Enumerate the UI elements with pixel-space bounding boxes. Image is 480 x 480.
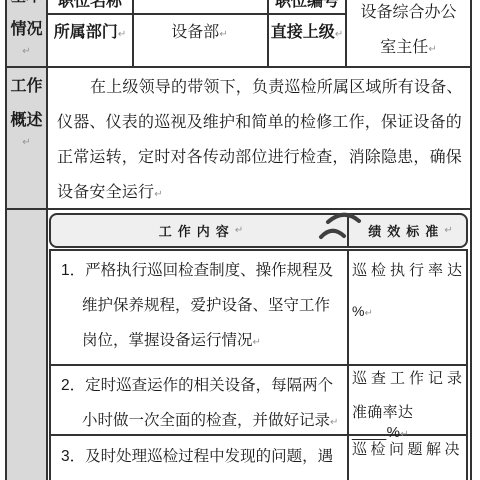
table-right-border bbox=[470, 0, 472, 480]
standard-1-line1: 巡检执行率达 bbox=[352, 261, 466, 281]
basic-info-section-label-line1: 基本 bbox=[7, 0, 46, 7]
supervisor-value-line1: 设备综合办公 bbox=[347, 3, 470, 23]
section-label-column bbox=[7, 0, 46, 480]
supervisor-value-line2: 室主任↵ bbox=[347, 38, 470, 60]
standard-2-line1: 巡查工作记录 bbox=[352, 369, 466, 389]
basic-info-bottom-border bbox=[5, 66, 472, 68]
duty-item-1: 1．严格执行巡回检查制度、操作规程及维护保养规程，爱护设备、坚守工作岗位，掌握设… bbox=[61, 253, 344, 360]
table-left-border bbox=[5, 0, 7, 480]
position-code-label-clipped: 职位编号 bbox=[269, 0, 345, 13]
standard-3-line1: 巡检问题解决 bbox=[352, 440, 466, 460]
annotation-arc-bottom bbox=[321, 231, 344, 237]
basic-info-row-divider bbox=[48, 13, 347, 15]
handwritten-annotation-marks bbox=[300, 203, 380, 248]
annotation-arc-top bbox=[328, 215, 359, 222]
department-label: 所属部门↵ bbox=[48, 23, 132, 45]
job-description-document: 基本 情况↵ 职位名称 职位编号 所属部门↵ 设备部↵ 直接上级↵ 设备综合办公… bbox=[0, 0, 480, 480]
standard-2-line2: 准确率达____%↵ bbox=[352, 403, 466, 445]
basic-info-section-label-clipped: 基本 bbox=[7, 0, 46, 12]
supervisor-label: 直接上级↵ bbox=[269, 23, 345, 45]
basic-info-section-label-line2: 情况↵ bbox=[7, 20, 46, 62]
standard-1-line2: %↵ bbox=[352, 301, 466, 324]
overview-label-line1: 工作 bbox=[7, 77, 46, 97]
duties-row-divider-1 bbox=[49, 364, 468, 366]
overview-text: 在上级领导的带领下，负责巡检所属区域所有设备、仪器、仪表的巡视及维护和简单的检修… bbox=[57, 70, 467, 212]
duty-item-2: 2．定时巡查运作的相关设备，每隔两个小时做一次全面的检查，并做好记录↵ bbox=[61, 368, 344, 440]
position-name-label-clipped: 职位名称 bbox=[48, 0, 132, 13]
position-name-label: 职位名称 bbox=[48, 0, 132, 12]
duty-item-3: 3．及时处理巡检过程中发现的问题，遇 bbox=[61, 439, 344, 474]
overview-label-line2: 概述↵ bbox=[7, 111, 46, 153]
department-value: 设备部↵ bbox=[133, 23, 266, 45]
position-code-label: 职位编号 bbox=[269, 0, 345, 12]
label-column-divider bbox=[46, 0, 48, 480]
